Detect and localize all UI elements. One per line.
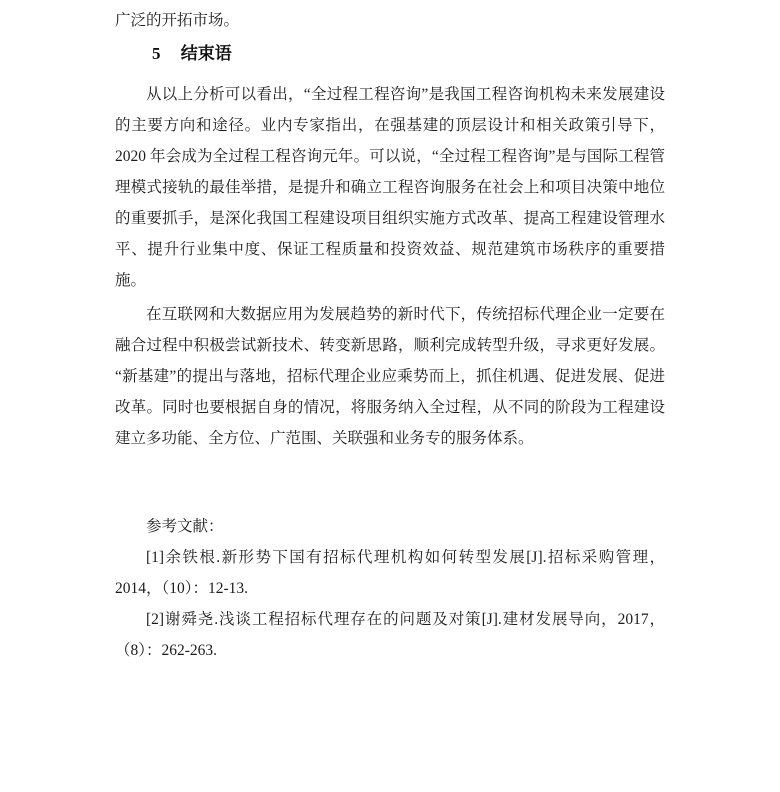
- section-number: 5: [152, 44, 161, 63]
- references-label: 参考文献：: [115, 511, 665, 542]
- document-page: 广泛的开拓市场。 5 结束语 从以上分析可以看出，“全过程工程咨询”是我国工程咨…: [0, 0, 780, 792]
- page-content: 广泛的开拓市场。 5 结束语 从以上分析可以看出，“全过程工程咨询”是我国工程咨…: [115, 0, 665, 666]
- references-section: 参考文献： [1]余铁根.新形势下国有招标代理机构如何转型发展[J].招标采购管…: [115, 511, 665, 666]
- reference-item-2: [2]谢舜尧.浅谈工程招标代理存在的问题及对策[J].建材发展导向，2017，（…: [115, 604, 665, 666]
- section-heading: 5 结束语: [115, 38, 665, 69]
- reference-item-1: [1]余铁根.新形势下国有招标代理机构如何转型发展[J].招标采购管理，2014…: [115, 542, 665, 604]
- section-title: 结束语: [181, 44, 232, 63]
- body-paragraph-2: 在互联网和大数据应用为发展趋势的新时代下，传统招标代理企业一定要在融合过程中积极…: [115, 299, 665, 454]
- paragraph-continuation-line: 广泛的开拓市场。: [115, 5, 665, 36]
- body-paragraph-1: 从以上分析可以看出，“全过程工程咨询”是我国工程咨询机构未来发展建设的主要方向和…: [115, 79, 665, 296]
